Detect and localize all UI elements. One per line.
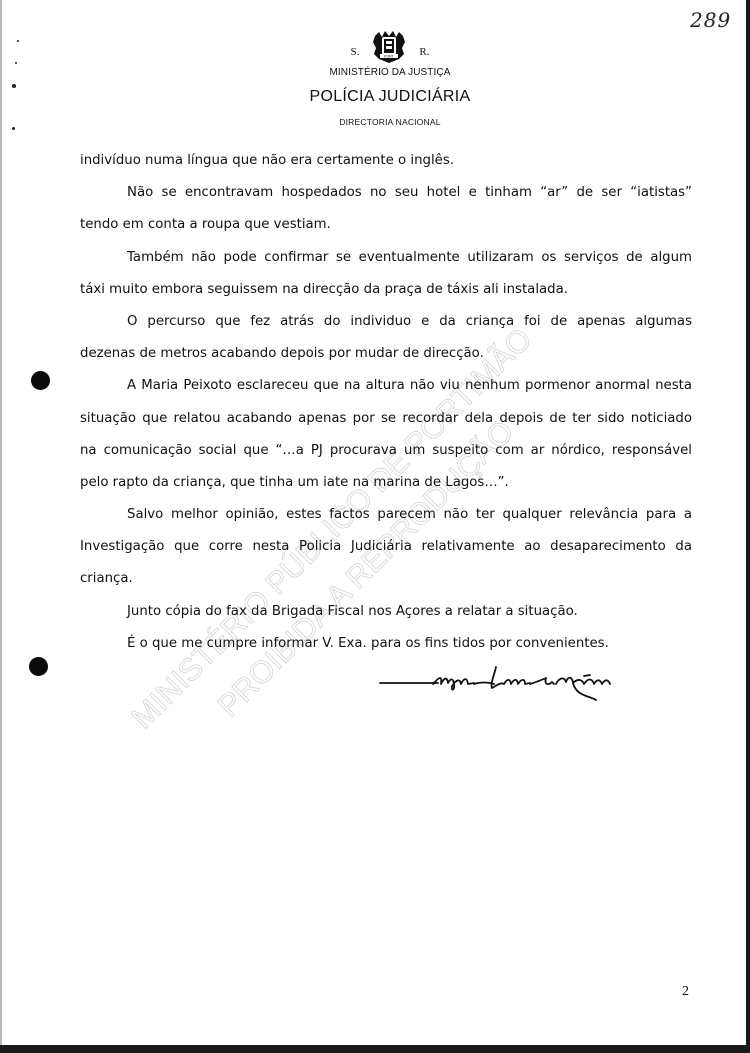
- handwritten-folio-number: 289: [690, 8, 731, 32]
- letterhead-right-letter: R.: [419, 46, 429, 58]
- scan-speck: [12, 84, 16, 88]
- scan-edge-bottom: [0, 1045, 750, 1053]
- body-line: A Maria Peixoto esclareceu que na altura…: [80, 375, 692, 407]
- body-line: criança.: [80, 568, 692, 600]
- punch-hole-lower: [29, 657, 48, 676]
- body-line: O percurso que fez atrás do individuo e …: [80, 311, 692, 343]
- agency-name: POLÍCIA JUDICIÁRIA: [250, 88, 530, 106]
- scan-speck: [12, 127, 15, 130]
- body-line: Investigação que corre nesta Policia Jud…: [80, 536, 692, 568]
- body-line: dezenas de metros acabando depois por mu…: [80, 343, 692, 375]
- body-line: Junto cópia do fax da Brigada Fiscal nos…: [80, 601, 692, 633]
- scan-speck: [17, 40, 19, 42]
- page-number: 2: [682, 984, 689, 1000]
- ministry-name: MINISTÉRIO DA JUSTIÇA: [250, 67, 530, 78]
- body-line: Também não pode confirmar se eventualmen…: [80, 247, 692, 279]
- body-line: tendo em conta a roupa que vestiam.: [80, 214, 692, 246]
- svg-text:PORT: PORT: [385, 55, 396, 59]
- body-line: É o que me cumpre informar V. Exa. para …: [80, 633, 692, 665]
- body-line: indivíduo numa língua que não era certam…: [80, 150, 692, 182]
- crest-row: S. PORT R.: [250, 26, 530, 66]
- scan-edge-right: [746, 0, 750, 1053]
- letterhead: S. PORT R. MINISTÉRIO DA JUSTIÇA POLÍCIA…: [250, 26, 530, 127]
- body-line: Não se encontravam hospedados no seu hot…: [80, 182, 692, 214]
- scan-edge-left: [0, 0, 2, 1053]
- body-line: pelo rapto da criança, que tinha um iate…: [80, 472, 692, 504]
- punch-hole-upper: [31, 371, 50, 390]
- coat-of-arms-icon: PORT: [369, 28, 409, 64]
- document-page: 289 S. PORT R. MINISTÉRIO DA JUSTIÇA POL…: [0, 0, 750, 1053]
- signature-icon: [378, 662, 678, 712]
- body-line: Salvo melhor opinião, estes factos parec…: [80, 504, 692, 536]
- division-name: DIRECTORIA NACIONAL: [250, 117, 530, 127]
- body-line: táxi muito embora seguissem na direcção …: [80, 279, 692, 311]
- letterhead-left-letter: S.: [351, 46, 360, 58]
- letter-body: indivíduo numa língua que não era certam…: [80, 150, 692, 665]
- scan-speck: [15, 62, 17, 64]
- body-line: situação que relatou acabando apenas por…: [80, 408, 692, 440]
- body-line: na comunicação social que “…a PJ procura…: [80, 440, 692, 472]
